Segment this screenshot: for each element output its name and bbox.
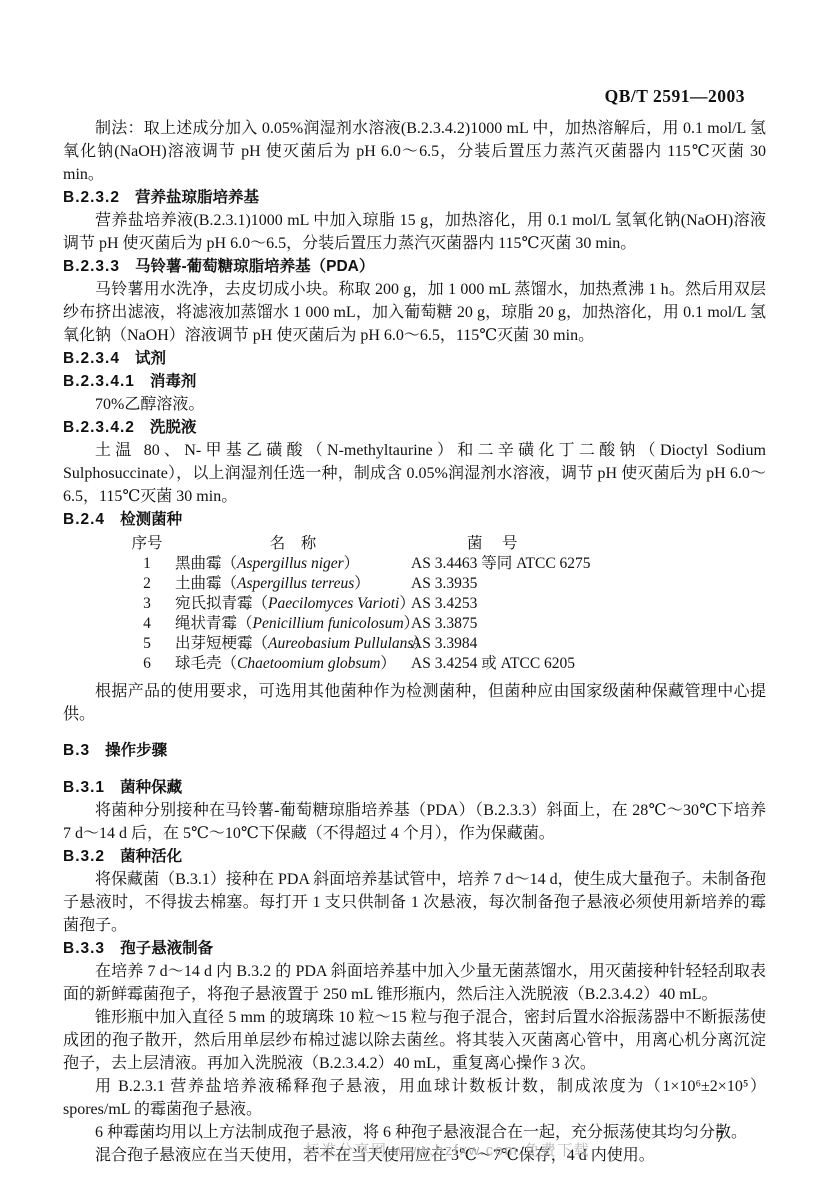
section-heading: B.3.1菌种保藏: [63, 776, 766, 799]
cell-no: 3: [119, 594, 175, 614]
section-heading: B.3操作步骤: [63, 739, 766, 762]
table-row: 4 绳状青霉（Penicillium funicolosum） AS 3.387…: [119, 614, 766, 634]
paragraph: 用 B.2.3.1 营养盐培养液稀释孢子悬液，用血球计数板计数，制成浓度为（1×…: [63, 1075, 766, 1121]
name-latin: Aspergillus terreus: [237, 575, 354, 592]
name-chinese: 土曲霉: [175, 575, 222, 592]
section-title: 营养盐琼脂培养基: [135, 189, 259, 206]
name-latin: Paecilomyces Varioti: [268, 595, 399, 612]
paren-close: ）: [380, 655, 396, 672]
section-title: 孢子悬液制备: [120, 940, 213, 957]
doc-number: QB/T 2591—2003: [605, 86, 745, 107]
paragraph: 将菌种分别接种在马铃薯-葡萄糖琼脂培养基（PDA）（B.2.3.3）斜面上，在 …: [63, 799, 766, 845]
section-heading: B.3.2菌种活化: [63, 845, 766, 868]
section-heading: B.2.3.4试剂: [63, 347, 766, 370]
cell-strain-number: AS 3.3935: [411, 574, 766, 594]
section-label: B.2.4: [63, 511, 105, 528]
table-row: 2 土曲霉（Aspergillus terreus） AS 3.3935: [119, 574, 766, 594]
column-header-strain: 菌 号: [411, 534, 766, 554]
cell-no: 2: [119, 574, 175, 594]
name-chinese: 绳状青霉: [175, 615, 237, 632]
name-latin: Aspergillus niger: [237, 555, 344, 572]
section-label: B.2.3.4.1: [63, 373, 135, 390]
section-heading: B.2.3.2营养盐琼脂培养基: [63, 186, 766, 209]
name-chinese: 宛氏拟青霉: [175, 595, 253, 612]
name-chinese: 出芽短梗霉: [175, 635, 253, 652]
section-title: 菌种保藏: [120, 779, 182, 796]
paragraph: 锥形瓶中加入直径 5 mm 的玻璃珠 10 粒～15 粒与孢子混合，密封后置水浴…: [63, 1006, 766, 1075]
name-chinese: 黑曲霉: [175, 555, 222, 572]
section-heading: B.2.4检测菌种: [63, 508, 766, 531]
cell-strain-number: AS 3.3875: [411, 614, 766, 634]
section-title: 检测菌种: [120, 511, 182, 528]
document-body: 制法：取上述成分加入 0.05%润湿剂水溶液(B.2.3.4.2)1000 mL…: [63, 117, 766, 1167]
section-heading: B.2.3.4.2洗脱液: [63, 416, 766, 439]
cell-no: 4: [119, 614, 175, 634]
section-label: B.2.3.4.2: [63, 419, 135, 436]
paren-close: ）: [354, 575, 370, 592]
cell-strain-number: AS 3.4463 等同 ATCC 6275: [411, 554, 766, 574]
section-label: B.3.3: [63, 940, 105, 957]
table-row: 1 黑曲霉（Aspergillus niger） AS 3.4463 等同 AT…: [119, 554, 766, 574]
paragraph: 70%乙醇溶液。: [63, 393, 766, 416]
cell-strain-number: AS 3.4253: [411, 594, 766, 614]
paragraph: 土温 80、N-甲基乙磺酸（N-methyltaurine）和二辛磺化丁二酸钠（…: [63, 439, 766, 508]
section-label: B.2.3.4: [63, 350, 120, 367]
paragraph: 制法：取上述成分加入 0.05%润湿剂水溶液(B.2.3.4.2)1000 mL…: [63, 117, 766, 186]
paragraph: 根据产品的使用要求，可选用其他菌种作为检测菌种，但菌种应由国家级菌种保藏管理中心…: [63, 680, 766, 726]
strain-table: 序号 名 称 菌 号 1 黑曲霉（Aspergillus niger） AS 3…: [119, 534, 766, 674]
paren-open: （: [222, 555, 238, 572]
section-title: 马铃薯-葡萄糖琼脂培养基（PDA）: [135, 258, 374, 275]
section-heading: B.3.3孢子悬液制备: [63, 937, 766, 960]
column-header-no: 序号: [119, 534, 175, 554]
paren-open: （: [222, 655, 238, 672]
strain-table-body: 1 黑曲霉（Aspergillus niger） AS 3.4463 等同 AT…: [119, 554, 766, 674]
cell-name: 黑曲霉（Aspergillus niger）: [175, 554, 411, 574]
section-label: B.3: [63, 742, 90, 759]
table-row: 6 球毛壳（Chaetoomium globsum） AS 3.4254 或 A…: [119, 654, 766, 674]
paragraph: 马铃薯用水洗净，去皮切成小块。称取 200 g，加 1 000 mL 蒸馏水，加…: [63, 278, 766, 347]
table-row: 5 出芽短梗霉（Aureobasium Pullulans） AS 3.3984: [119, 634, 766, 654]
name-latin: Penicillium funicolosum: [253, 615, 404, 632]
section-title: 洗脱液: [150, 419, 197, 436]
section-heading: B.2.3.4.1消毒剂: [63, 370, 766, 393]
section-heading: B.2.3.3马铃薯-葡萄糖琼脂培养基（PDA）: [63, 255, 766, 278]
name-latin: Aureobasium Pullulans: [268, 635, 413, 652]
section-title: 操作步骤: [105, 742, 167, 759]
section-title: 菌种活化: [120, 848, 182, 865]
page-number: 7: [716, 1127, 725, 1147]
watermark-text: 标准分享网 www.bzfxw.com 免费下载: [305, 1139, 590, 1160]
column-header-name: 名 称: [175, 534, 411, 554]
section-title: 试剂: [135, 350, 166, 367]
cell-name: 宛氏拟青霉（Paecilomyces Varioti）: [175, 594, 411, 614]
cell-strain-number: AS 3.4254 或 ATCC 6205: [411, 654, 766, 674]
section-label: B.3.1: [63, 779, 105, 796]
name-latin: Chaetoomium globsum: [237, 655, 380, 672]
cell-strain-number: AS 3.3984: [411, 634, 766, 654]
cell-name: 绳状青霉（Penicillium funicolosum）: [175, 614, 411, 634]
paragraph: 将保藏菌（B.3.1）接种在 PDA 斜面培养基试管中，培养 7 d～14 d，…: [63, 868, 766, 937]
cell-no: 1: [119, 554, 175, 574]
section-title: 消毒剂: [150, 373, 197, 390]
paren-open: （: [237, 615, 253, 632]
name-chinese: 球毛壳: [175, 655, 222, 672]
table-row: 3 宛氏拟青霉（Paecilomyces Varioti） AS 3.4253: [119, 594, 766, 614]
paren-open: （: [253, 595, 269, 612]
strain-table-header: 序号 名 称 菌 号: [119, 534, 766, 554]
cell-name: 土曲霉（Aspergillus terreus）: [175, 574, 411, 594]
cell-no: 5: [119, 634, 175, 654]
cell-name: 球毛壳（Chaetoomium globsum）: [175, 654, 411, 674]
cell-name: 出芽短梗霉（Aureobasium Pullulans）: [175, 634, 411, 654]
paren-close: ）: [344, 555, 360, 572]
cell-no: 6: [119, 654, 175, 674]
paragraph: 营养盐培养液(B.2.3.1)1000 mL 中加入琼脂 15 g，加热溶化，用…: [63, 209, 766, 255]
paren-open: （: [253, 635, 269, 652]
section-label: B.2.3.3: [63, 258, 120, 275]
paragraph: 在培养 7 d～14 d 内 B.3.2 的 PDA 斜面培养基中加入少量无菌蒸…: [63, 960, 766, 1006]
document-page: QB/T 2591—2003 制法：取上述成分加入 0.05%润湿剂水溶液(B.…: [0, 0, 829, 1200]
section-label: B.3.2: [63, 848, 105, 865]
section-label: B.2.3.2: [63, 189, 120, 206]
paren-open: （: [222, 575, 238, 592]
